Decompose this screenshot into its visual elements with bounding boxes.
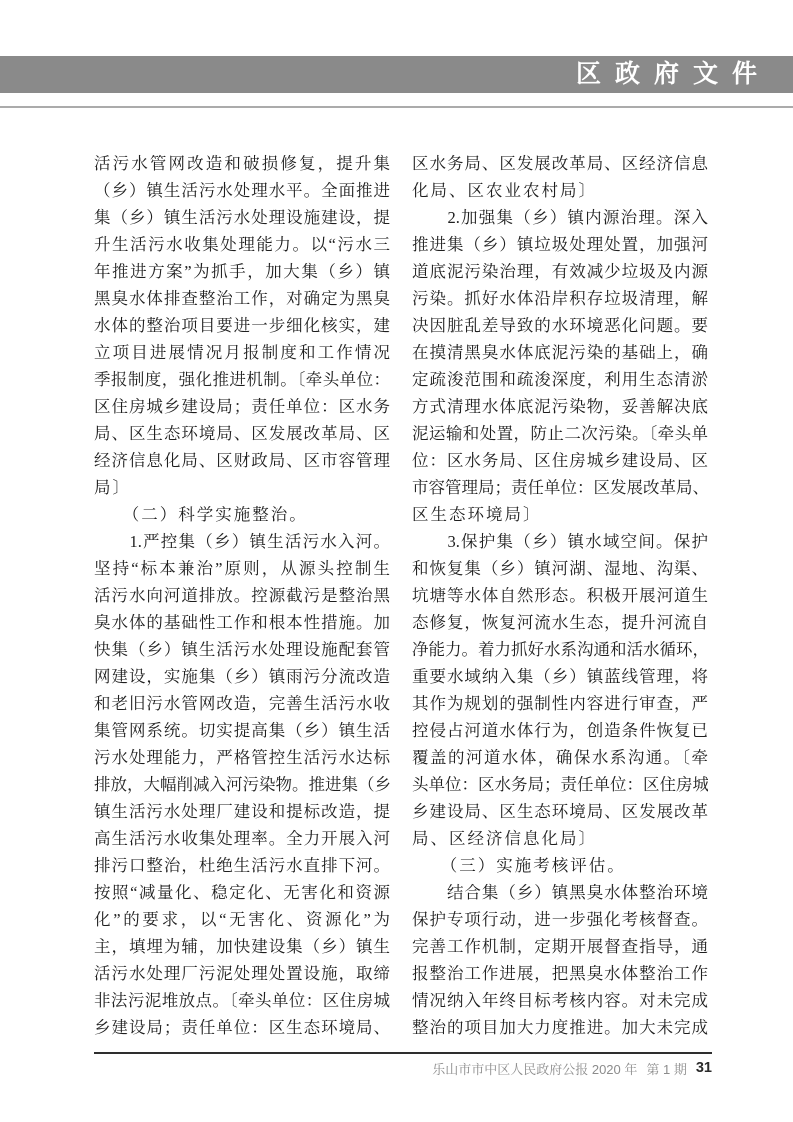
text-line: 其作为规划的强制性内容进行审查，严 [412, 690, 708, 717]
text-line: 坚持“标本兼治”原则，从源头控制生 [94, 555, 390, 582]
text-line: 水体的整治项目要进一步细化核实，建 [94, 312, 390, 339]
text-line: 活污水管网改造和破损修复，提升集 [94, 150, 390, 177]
text-line: 保护专项行动，进一步强化考核督查。 [412, 906, 708, 933]
footer-rule [94, 1052, 712, 1054]
text-line: 区生态环境局〕 [412, 501, 708, 528]
text-line: 决因脏乱差导致的水环境恶化问题。要 [412, 312, 708, 339]
text-line: 区住房城乡建设局；责任单位：区水务 [94, 393, 390, 420]
text-line: 整治的项目加大力度推进。加大未完成 [412, 1014, 708, 1041]
text-line: 位：区水务局、区住房城乡建设局、区 [412, 447, 708, 474]
text-line: 推进集（乡）镇垃圾处理处置，加强河 [412, 231, 708, 258]
text-line: 立项目进展情况月报制度和工作情况 [94, 339, 390, 366]
document-page: 区政府文件 活污水管网改造和破损修复，提升集（乡）镇生活污水处理水平。全面推进集… [0, 0, 793, 1122]
text-line: 态修复，恢复河流水生态，提升河流自 [412, 609, 708, 636]
gazette-issue: 第 1 期 [646, 1059, 686, 1078]
text-line: （乡）镇生活污水处理水平。全面推进 [94, 177, 390, 204]
text-line: 局、区经济信息化局〕 [412, 825, 708, 852]
text-line: 覆盖的河道水体，确保水系沟通。〔牵 [412, 744, 708, 771]
text-line: 污水处理能力，严格管控生活污水达标 [94, 744, 390, 771]
text-line: 黑臭水体排查整治工作，对确定为黑臭 [94, 285, 390, 312]
text-line: 高生活污水收集处理率。全力开展入河 [94, 825, 390, 852]
text-line: 按照“减量化、稳定化、无害化和资源 [94, 879, 390, 906]
page-footer: 乐山市市中区人民政府公报 2020 年 第 1 期 31 [94, 1058, 712, 1078]
text-line: 活污水向河道排放。控源截污是整治黑 [94, 582, 390, 609]
text-line: 经济信息化局、区财政局、区市容管理 [94, 447, 390, 474]
text-line: 1.严控集（乡）镇生活污水入河。 [94, 528, 390, 555]
text-line: （三）实施考核评估。 [412, 852, 708, 879]
text-line: 季报制度，强化推进机制。〔牵头单位： [94, 366, 390, 393]
text-line: 完善工作机制，定期开展督查指导，通 [412, 933, 708, 960]
text-line: 快集（乡）镇生活污水处理设施配套管 [94, 636, 390, 663]
text-line: 和恢复集（乡）镇河湖、湿地、沟渠、 [412, 555, 708, 582]
text-line: 和老旧污水管网改造，完善生活污水收 [94, 690, 390, 717]
text-line: 3.保护集（乡）镇水域空间。保护 [412, 528, 708, 555]
text-line: 年推进方案”为抓手，加大集（乡）镇 [94, 258, 390, 285]
text-line: 局、区生态环境局、区发展改革局、区 [94, 420, 390, 447]
text-line: 结合集（乡）镇黑臭水体整治环境 [412, 879, 708, 906]
text-line: 活污水处理厂污泥处理处置设施，取缔 [94, 960, 390, 987]
text-line: 2.加强集（乡）镇内源治理。深入 [412, 204, 708, 231]
right-column: 区水务局、区发展改革局、区经济信息化局、区农业农村局〕 2.加强集（乡）镇内源治… [412, 150, 708, 1041]
text-line: 坑塘等水体自然形态。积极开展河道生 [412, 582, 708, 609]
text-line: 情况纳入年终目标考核内容。对未完成 [412, 987, 708, 1014]
text-line: 市容管理局；责任单位：区发展改革局、 [412, 474, 708, 501]
text-line: 乡建设局、区生态环境局、区发展改革 [412, 798, 708, 825]
header-rule [0, 106, 793, 108]
text-line: 排污口整治，杜绝生活污水直排下河。 [94, 852, 390, 879]
text-line: 污染。抓好水体沿岸积存垃圾清理，解 [412, 285, 708, 312]
text-line: 净能力。着力抓好水系沟通和活水循环， [412, 636, 708, 663]
text-line: 网建设，实施集（乡）镇雨污分流改造 [94, 663, 390, 690]
text-line: 升生活污水收集处理能力。以“污水三 [94, 231, 390, 258]
text-line: 泥运输和处置，防止二次污染。〔牵头单 [412, 420, 708, 447]
page-number: 31 [696, 1060, 712, 1076]
text-line: 镇生活污水处理厂建设和提标改造，提 [94, 798, 390, 825]
text-line: 方式清理水体底泥污染物，妥善解决底 [412, 393, 708, 420]
text-line: 集（乡）镇生活污水处理设施建设，提 [94, 204, 390, 231]
text-line: 主，填埋为辅，加快建设集（乡）镇生 [94, 933, 390, 960]
document-body: 活污水管网改造和破损修复，提升集（乡）镇生活污水处理水平。全面推进集（乡）镇生活… [94, 150, 708, 1041]
text-line: 控侵占河道水体行为，创造条件恢复已 [412, 717, 708, 744]
text-line: 化”的要求，以“无害化、资源化”为 [94, 906, 390, 933]
text-line: 化局、区农业农村局〕 [412, 177, 708, 204]
text-line: 区水务局、区发展改革局、区经济信息 [412, 150, 708, 177]
gazette-title: 乐山市市中区人民政府公报 2020 年 [432, 1059, 637, 1078]
text-line: 乡建设局；责任单位：区生态环境局、 [94, 1014, 390, 1041]
text-line: 报整治工作进展，把黑臭水体整治工作 [412, 960, 708, 987]
text-line: 排放，大幅削减入河污染物。推进集（乡） [94, 771, 390, 798]
text-line: 头单位：区水务局；责任单位：区住房城 [412, 771, 708, 798]
text-line: 局〕 [94, 474, 390, 501]
text-line: 定疏浚范围和疏浚深度，利用生态清淤 [412, 366, 708, 393]
header-banner: 区政府文件 [0, 56, 793, 93]
text-line: 道底泥污染治理，有效减少垃圾及内源 [412, 258, 708, 285]
text-line: 臭水体的基础性工作和根本性措施。加 [94, 609, 390, 636]
text-line: 重要水域纳入集（乡）镇蓝线管理，将 [412, 663, 708, 690]
text-line: 集管网系统。切实提高集（乡）镇生活 [94, 717, 390, 744]
text-line: （二）科学实施整治。 [94, 501, 390, 528]
header-title: 区政府文件 [576, 56, 771, 93]
text-line: 非法污泥堆放点。〔牵头单位：区住房城 [94, 987, 390, 1014]
left-column: 活污水管网改造和破损修复，提升集（乡）镇生活污水处理水平。全面推进集（乡）镇生活… [94, 150, 390, 1041]
text-line: 在摸清黑臭水体底泥污染的基础上，确 [412, 339, 708, 366]
